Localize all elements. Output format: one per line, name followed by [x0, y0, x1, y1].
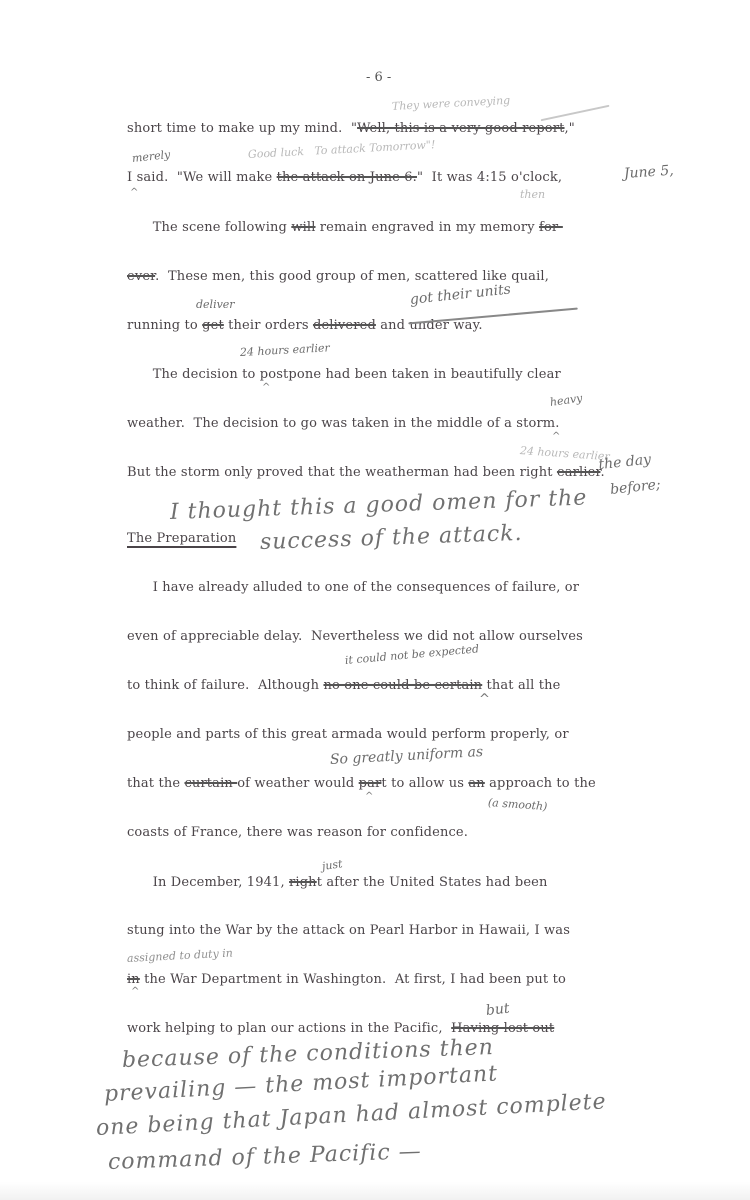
annotation-got-their-units: got their units — [409, 281, 511, 308]
annotation-a-smooth: (a smooth) — [488, 796, 548, 813]
typed-line-7: weather. The decision to go was taken in… — [127, 416, 560, 431]
caret-mark: ^ — [262, 382, 270, 393]
annotation-the-day-before: the day before; — [597, 446, 662, 504]
annotation-merely: merely — [131, 148, 171, 165]
typed-line-1: short time to make up my mind. "Well, th… — [127, 121, 575, 136]
annotation-then: then — [520, 188, 545, 201]
annotation-but: but — [485, 1001, 510, 1019]
annotation-deliver: deliver — [196, 298, 235, 311]
typed-line-11: even of appreciable delay. Nevertheless … — [127, 629, 583, 644]
annotation-underline-stroke — [408, 308, 577, 324]
typed-line-14: that the curtain of weather would part t… — [127, 776, 596, 791]
typed-line-10: I have already alluded to one of the con… — [127, 580, 579, 595]
typed-line-19: work helping to plan our actions in the … — [127, 1021, 554, 1036]
typed-line-3: The scene following will remain engraved… — [127, 220, 563, 235]
typed-line-16: In December, 1941, right after the Unite… — [127, 875, 548, 890]
caret-mark: ^ — [130, 187, 138, 198]
typed-line-2: I said. "We will make the attack on June… — [127, 170, 562, 185]
annotation-bottom-line-4: command of the Pacific — — [108, 1139, 423, 1175]
typed-line-13: people and parts of this great armada wo… — [127, 727, 569, 742]
page-number: - 6 - — [366, 70, 391, 85]
typed-line-4: ever. These men, this good group of men,… — [127, 269, 549, 284]
caret-mark: ^ — [479, 692, 490, 707]
annotation-above-attack: Good luck To attack Tomorrow"! — [248, 138, 436, 161]
typed-line-15: coasts of France, there was reason for c… — [127, 825, 468, 840]
annotation-june-5: June 5, — [623, 163, 674, 182]
annotation-good-omen-line-2: success of the attack. — [260, 521, 523, 555]
section-heading: The Preparation — [127, 531, 236, 546]
annotation-heavy: heavy — [549, 392, 583, 409]
caret-mark: ^ — [552, 431, 560, 442]
annotation-assigned-to-duty: assigned to duty in — [127, 946, 233, 965]
annotation-connector-stroke — [541, 105, 610, 121]
typed-line-18: in the War Department in Washington. At … — [127, 972, 566, 987]
typed-line-17: stung into the War by the attack on Pear… — [127, 923, 570, 938]
annotation-good-omen-line-1: I thought this a good omen for the — [170, 485, 588, 525]
annotation-24-hours-earlier: 24 hours earlier — [240, 341, 330, 359]
annotation-so-greatly-uniform: So greatly uniform as — [330, 744, 484, 768]
page-bottom-shadow — [0, 1182, 750, 1200]
annotation-above-report: They were conveying — [392, 94, 511, 113]
typed-line-12: to think of failure. Although no one cou… — [127, 678, 561, 693]
caret-mark: ^ — [365, 791, 373, 802]
annotation-just: just — [321, 857, 343, 873]
typed-line-6: The decision to postpone had been taken … — [127, 367, 561, 382]
typed-line-8: But the storm only proved that the weath… — [127, 465, 605, 480]
caret-mark: ^ — [131, 986, 139, 997]
annotation-could-not-be-expected: it could not be expected — [344, 642, 479, 667]
